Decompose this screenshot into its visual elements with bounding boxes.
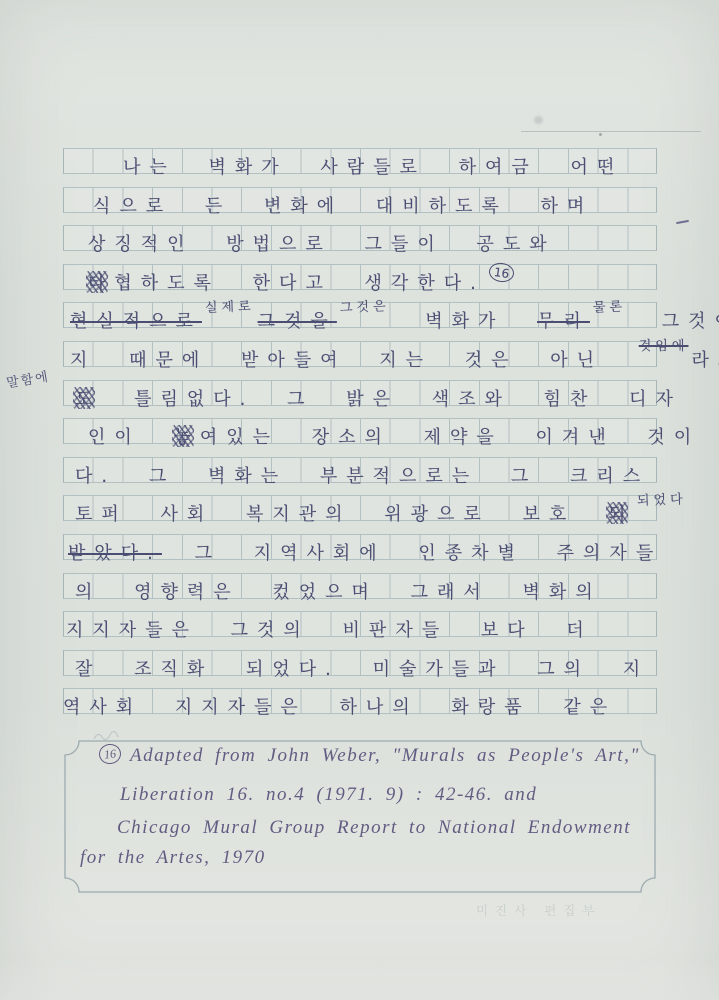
handwriting-segment: 도 — [75, 384, 101, 415]
handwriting-segment: 상징적인 방법으로 그들이 공도와 — [88, 234, 556, 255]
handwriting-line: 토퍼 사회 복지관의 위광으로 보호 되되었다 — [75, 499, 690, 533]
handwriting-segment: 그것이 메세 — [629, 311, 719, 332]
handwriting-line: 인이 놓여있는 장소의 제약을 이겨낸 것이 — [88, 422, 700, 456]
footnote-line: Liberation 16. no.4 (1971. 9) : 42-46. a… — [120, 784, 537, 806]
handwriting-segment: 인이 — [88, 427, 174, 448]
handwriting-segment: 타 — [88, 268, 114, 299]
manuscript-scan-page: 나는 벽화가 사람들로 하여금 어떤식으로 든 변화에 대비하도록 하며상징적인… — [0, 0, 719, 1000]
handwriting-line: 현실적으로실제로그것을그것은 벽화가 무리물론 그것이 메세 — [70, 306, 719, 340]
handwriting-line: 식으로 든 변화에 대비하도록 하며 — [93, 191, 593, 225]
handwriting-segment: 무리 — [537, 311, 590, 332]
publisher-stamp-text: 미진사 편집부 — [476, 901, 601, 919]
handwriting-segment: 그것은 — [339, 292, 390, 325]
handwriting-line: 지 때문에 받아들여 지는 것은 아닌 것임에라고 — [70, 345, 719, 379]
handwriting-segment: 받았다. — [68, 543, 162, 564]
handwriting-line: 상징적인 방법으로 그들이 공도와 — [88, 229, 556, 263]
handwriting-segment: 것임에 — [639, 331, 689, 362]
handwriting-segment: 놓 — [174, 422, 200, 453]
handwriting-line: 의 영향력은 컸었으며 그래서 벽화의 — [75, 577, 602, 611]
handwriting-segment: 다. 그 벽화는 부분적으로는 그 크리스 — [75, 466, 649, 487]
handwriting-segment: 라고 — [691, 350, 719, 371]
handwriting-segment: 역사회 지지자들은 하나의 화랑품 같은 — [63, 697, 616, 718]
right-margin-ink-dash — [676, 220, 689, 224]
handwriting-segment: 현실적으로 — [70, 311, 202, 332]
handwriting-segment: 물론 — [592, 292, 626, 324]
handwriting-segment: 협하도록 한다고 생각한다. — [114, 273, 484, 294]
handwriting-segment: 그 지역사회에 인종차별 주의자들 — [162, 543, 662, 564]
printed-header-rule — [521, 131, 701, 132]
handwriting-line: 도 틀림없다. 그 밝은 색조와 힘찬 디자 — [75, 384, 682, 418]
handwriting-segment: 의 영향력은 컸었으며 그래서 벽화의 — [75, 582, 602, 603]
handwriting-line: 역사회 지지자들은 하나의 화랑품 같은 — [63, 692, 616, 726]
handwriting-segment: 여있는 장소의 제약을 이겨낸 것이 — [200, 427, 700, 448]
handwriting-layer: 나는 벽화가 사람들로 하여금 어떤식으로 든 변화에 대비하도록 하며상징적인… — [63, 148, 657, 727]
handwriting-line: 지지자들은 그것의 비판자들 보다 더 — [66, 615, 593, 649]
pencil-smudge — [534, 116, 543, 124]
handwriting-line: 타협하도록 한다고 생각한다.16 — [88, 268, 514, 302]
handwriting-line: 받았다. 그 지역사회에 인종차별 주의자들 — [68, 538, 662, 572]
handwriting-segment: 틀림없다. 그 밝은 색조와 힘찬 디자 — [101, 389, 681, 410]
pencil-scribble — [92, 729, 126, 745]
handwriting-segment: 지 때문에 받아들여 지는 것은 아닌 — [70, 350, 636, 371]
handwriting-segment: 나는 벽화가 사람들로 하여금 어떤 — [123, 157, 623, 178]
handwriting-segment: 되 — [608, 499, 634, 530]
handwriting-segment: 잘 조직화 되었다. 미술가들과 그의 지 — [75, 659, 649, 680]
footnote-line: Adapted from John Weber, "Murals as Peop… — [130, 745, 640, 767]
handwriting-segment: 실제로 — [204, 292, 255, 325]
handwriting-line: 잘 조직화 되었다. 미술가들과 그의 지 — [75, 654, 649, 688]
handwriting-segment: 토퍼 사회 복지관의 위광으로 보호 — [75, 504, 608, 525]
footnote-ref-number: 16 — [488, 261, 516, 283]
handwriting-segment: 지지자들은 그것의 비판자들 보다 더 — [66, 620, 593, 641]
printed-header-dot — [599, 133, 602, 136]
handwriting-segment: 식으로 든 변화에 대비하도록 하며 — [93, 196, 593, 217]
margin-correction-note: 말함에 — [5, 366, 51, 392]
footnote-line: for the Artes, 1970 — [80, 847, 266, 869]
handwriting-line: 다. 그 벽화는 부분적으로는 그 크리스 — [75, 461, 649, 495]
handwriting-segment: 벽화가 — [393, 311, 538, 332]
footnote-line: Chicago Mural Group Report to National E… — [117, 817, 631, 839]
handwriting-segment: 그것을 — [258, 311, 337, 332]
handwriting-segment: 되었다 — [637, 485, 688, 518]
handwriting-line: 나는 벽화가 사람들로 하여금 어떤 — [123, 152, 623, 186]
